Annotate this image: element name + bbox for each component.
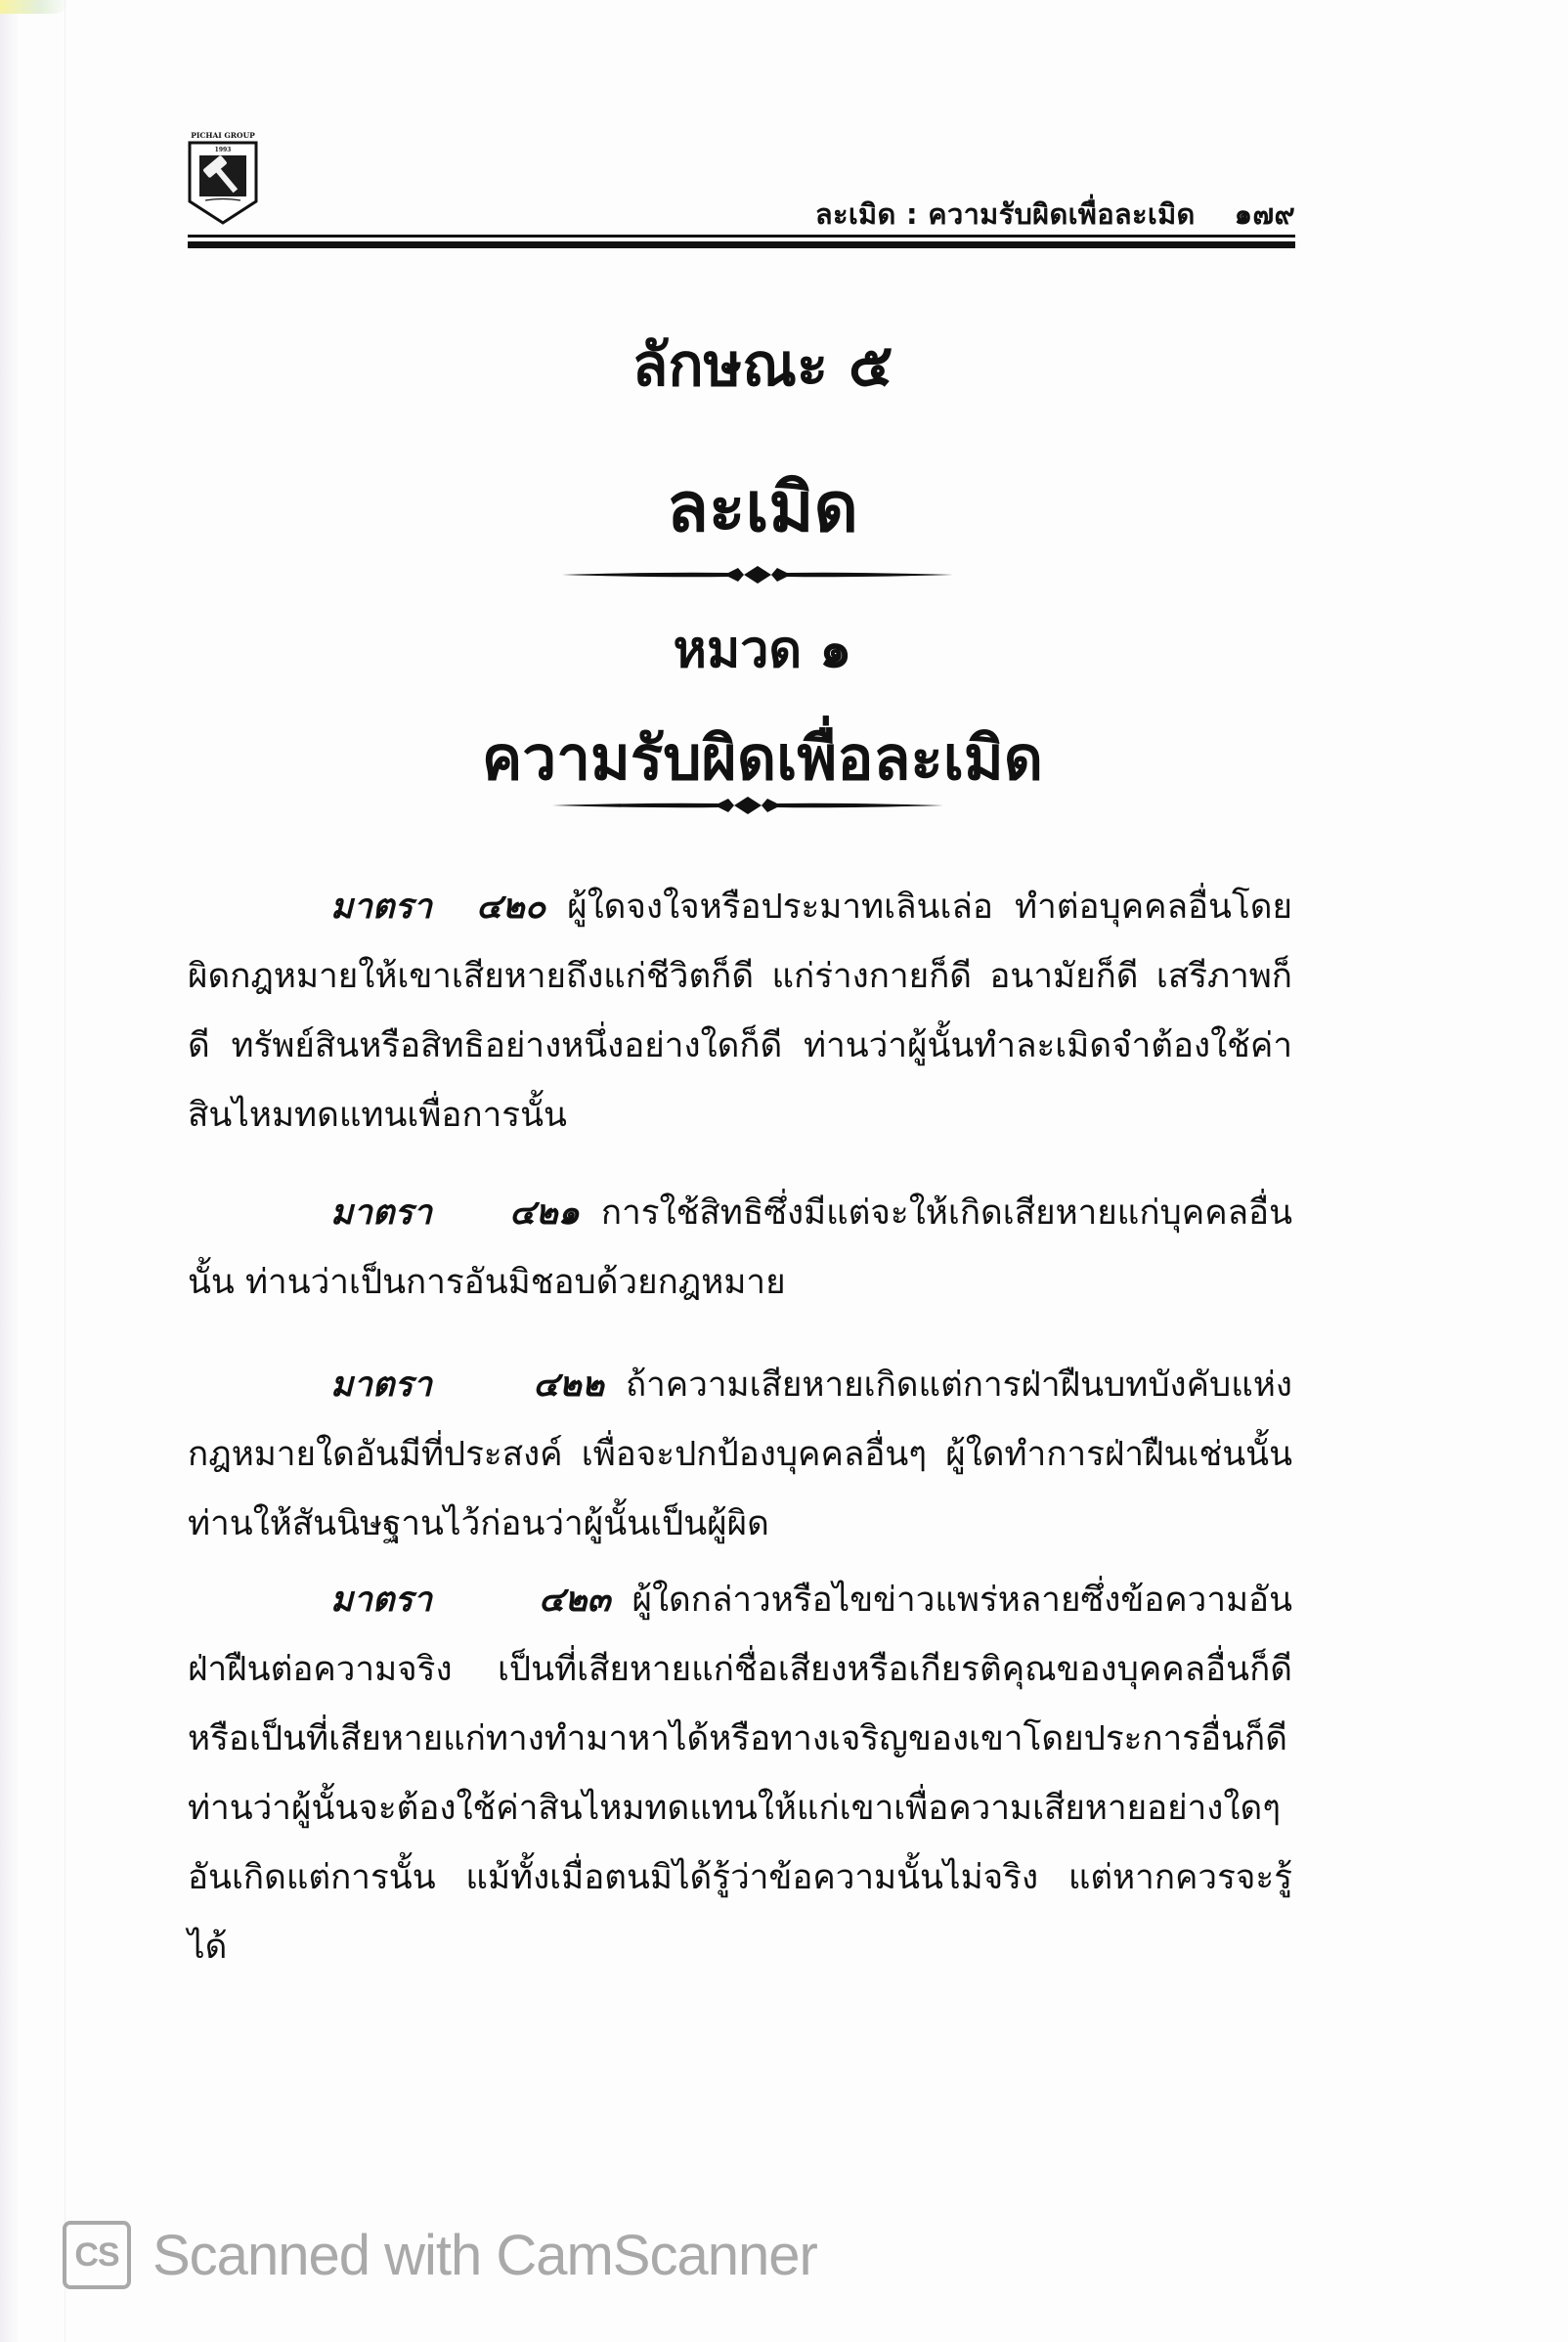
- svg-text:1993: 1993: [215, 147, 232, 153]
- ornament-divider-icon: [562, 564, 953, 585]
- section-422: มาตรา ๔๒๒ถ้าความเสียหายเกิดแต่การฝ่าฝืนบ…: [188, 1351, 1292, 1559]
- section-label: มาตรา ๔๒๓: [330, 1581, 610, 1620]
- chapter-name-title: ความรับผิดเพื่อละเมิด: [0, 711, 1525, 806]
- section-label: มาตรา ๔๒๒: [330, 1366, 604, 1405]
- gavel-shield-icon: PICHAI GROUP 1993: [184, 129, 262, 227]
- ornament-divider-icon: [552, 795, 943, 816]
- scan-corner-tint: [0, 0, 68, 14]
- chapter-title: หมวด ๑: [0, 608, 1525, 689]
- section-421: มาตรา ๔๒๑การใช้สิทธิซึ่งมีแต่จะให้เกิดเส…: [188, 1179, 1292, 1318]
- section-label: มาตรา ๔๒๑: [330, 1193, 580, 1233]
- header-rule-thick: [188, 241, 1295, 248]
- watermark-text: Scanned with CamScanner: [152, 2223, 817, 2288]
- section-423: มาตรา ๔๒๓ผู้ใดกล่าวหรือไขข่าวแพร่หลายซึ่…: [188, 1566, 1292, 1982]
- part-name-title: ละเมิด: [0, 453, 1525, 561]
- header-rule-thin: [188, 235, 1295, 238]
- publisher-logo: PICHAI GROUP 1993: [184, 129, 262, 227]
- part-title: ลักษณะ ๕: [0, 319, 1525, 412]
- section-label: มาตรา ๔๒๐: [330, 888, 545, 927]
- section-420: มาตรา ๔๒๐ผู้ใดจงใจหรือประมาทเลินเล่อ ทำต…: [188, 873, 1292, 1150]
- section-text: ผู้ใดกล่าวหรือไขข่าวแพร่หลายซึ่งข้อความอ…: [188, 1581, 1292, 1967]
- camscanner-logo-icon: CS: [63, 2221, 131, 2289]
- running-title: ละเมิด : ความรับผิดเพื่อละเมิด: [815, 192, 1196, 237]
- running-head: ละเมิด : ความรับผิดเพื่อละเมิด ๑๗๙: [684, 192, 1295, 237]
- header-double-rule: [188, 235, 1295, 248]
- page-number: ๑๗๙: [1235, 192, 1295, 237]
- camscanner-watermark: CS Scanned with CamScanner: [63, 2221, 817, 2289]
- svg-text:PICHAI GROUP: PICHAI GROUP: [191, 131, 255, 140]
